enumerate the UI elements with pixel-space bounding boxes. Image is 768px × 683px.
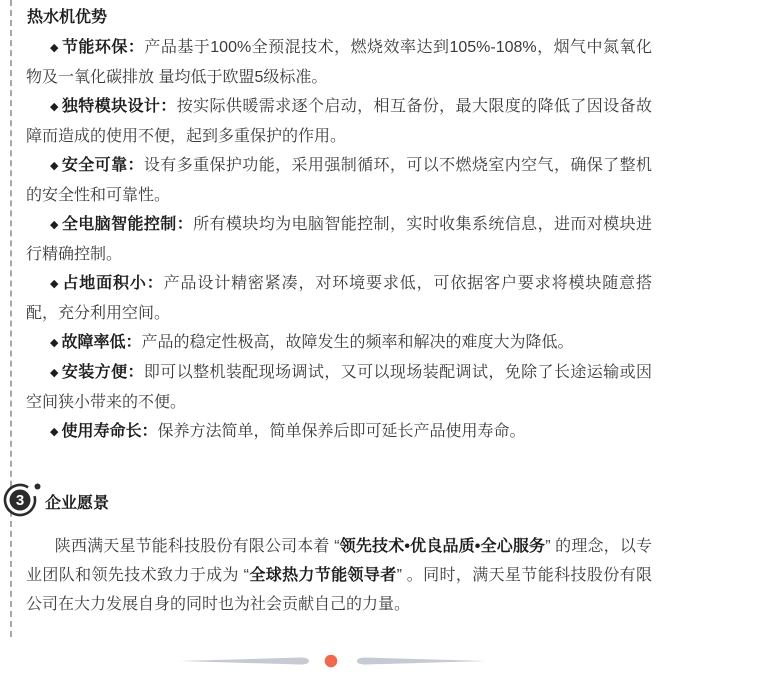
advantage-text: 产品的稳定性极高，故障发生的频率和解决的难度大为降低。: [141, 334, 573, 351]
advantage-item: ◆故障率低：产品的稳定性极高，故障发生的频率和解决的难度大为降低。: [26, 328, 652, 358]
diamond-bullet-icon: ◆: [50, 426, 58, 438]
advantage-item: ◆节能环保：产品基于100%全预混技术，燃烧效率达到105%-108%，烟气中氮…: [26, 33, 652, 92]
advantage-label: 占地面积小：: [62, 275, 163, 292]
divider-left-line: [180, 657, 309, 664]
diamond-bullet-icon: ◆: [50, 337, 58, 349]
advantage-label: 安全可靠：: [62, 157, 144, 174]
advantage-item: ◆全电脑智能控制：所有模块均为电脑智能控制，实时收集系统信息，进而对模块进行精确…: [26, 210, 652, 269]
advantage-label: 安装方便：: [62, 364, 144, 381]
advantage-item: ◆安全可靠：设有多重保护功能，采用强制循环，可以不燃烧室内空气，确保了整机的安全…: [26, 151, 652, 210]
advantage-label: 使用寿命长：: [61, 423, 157, 440]
advantage-label: 节能环保：: [62, 39, 144, 56]
diamond-bullet-icon: ◆: [50, 278, 59, 290]
diamond-bullet-icon: ◆: [50, 101, 59, 113]
vision-highlight: 全球热力节能领导者: [249, 567, 397, 584]
vision-highlight: 领先技术•优良品质•全心服务: [340, 538, 546, 555]
document-page: 热水机优势 ◆节能环保：产品基于100%全预混技术，燃烧效率达到105%-108…: [0, 0, 768, 683]
advantage-item: ◆使用寿命长：保养方法简单，简单保养后即可延长产品使用寿命。: [26, 417, 652, 447]
vision-heading: 企业愿景: [45, 492, 109, 516]
advantage-label: 故障率低：: [61, 334, 141, 351]
diamond-bullet-icon: ◆: [50, 42, 59, 54]
divider-right-line: [357, 657, 486, 664]
vision-text-segment: 陕西满天星节能科技股份有限公司本着 “: [55, 538, 340, 555]
diamond-bullet-icon: ◆: [50, 160, 59, 172]
diamond-bullet-icon: ◆: [50, 367, 59, 379]
divider-dot-icon: [325, 655, 338, 668]
vision-paragraph: 陕西满天星节能科技股份有限公司本着 “领先技术•优良品质•全心服务” 的理念，以…: [26, 532, 652, 619]
advantage-item: ◆独特模块设计：按实际供暖需求逐个启动，相互备份，最大限度的降低了因设备故障而造…: [26, 92, 652, 151]
advantage-label: 独特模块设计：: [62, 98, 177, 115]
section-number: 3: [1, 482, 39, 520]
bottom-divider: [178, 650, 488, 672]
advantage-label: 全电脑智能控制：: [62, 216, 193, 233]
advantage-item: ◆占地面积小：产品设计精密紧凑，对环境要求低，可依据客户要求将模块随意搭配，充分…: [26, 269, 652, 328]
advantages-list: ◆节能环保：产品基于100%全预混技术，燃烧效率达到105%-108%，烟气中氮…: [26, 33, 652, 447]
advantages-title: 热水机优势: [27, 6, 107, 30]
section-number-badge: 3: [1, 481, 45, 525]
left-dashed-border: [10, 0, 12, 637]
advantage-item: ◆安装方便：即可以整机装配现场调试，又可以现场装配调试，免除了长途运输或因空间狭…: [26, 358, 652, 417]
diamond-bullet-icon: ◆: [50, 219, 59, 231]
advantage-text: 保养方法简单，简单保养后即可延长产品使用寿命。: [157, 423, 525, 440]
